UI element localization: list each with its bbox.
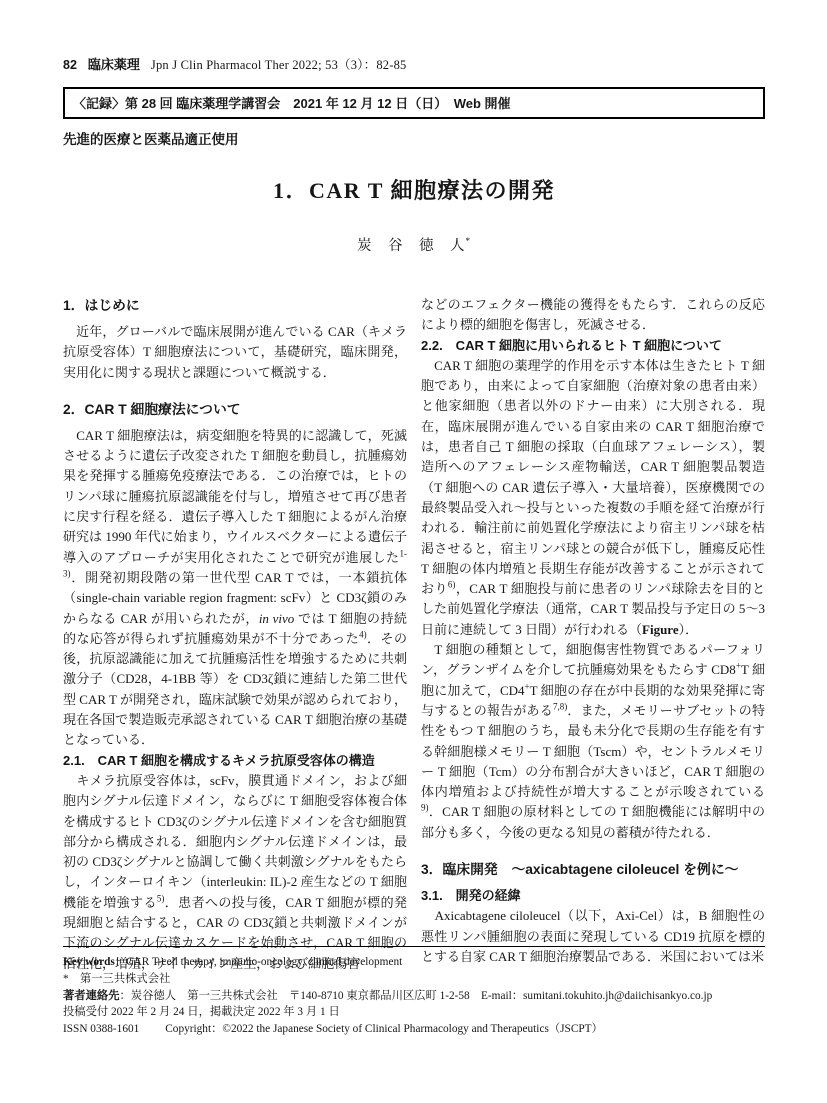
left-column: 1．はじめに 近年，グローバルで臨床展開が進んでいる CAR（キメラ抗原受容体）… bbox=[63, 295, 407, 973]
copyright: Copyright：©2022 the Japanese Society of … bbox=[165, 1023, 603, 1035]
paragraph: などのエフェクター機能の獲得をもたらす．これらの反応により標的細胞を傷害し，死滅… bbox=[421, 295, 765, 336]
author-line: 炭 谷 徳 人* bbox=[63, 234, 765, 255]
contact-label: 著者連絡先 bbox=[63, 990, 120, 1002]
submission-dates: 投稿受付 2022 年 2 月 24 日，掲載決定 2022 年 3 月 1 日 bbox=[63, 1004, 765, 1021]
journal-page: 82 臨床薬理 Jpn J Clin Pharmacol Ther 2022; … bbox=[0, 0, 827, 1103]
author-name: 炭 谷 徳 人 bbox=[357, 238, 466, 254]
page-footer: Key words：CAR T-cell therapy, immuno-onc… bbox=[63, 946, 765, 1038]
article-title: 1．CAR T 細胞療法の開発 bbox=[63, 174, 765, 205]
author-affiliation-mark: * bbox=[466, 236, 472, 246]
series-label: 先進的医療と医薬品適正使用 bbox=[63, 128, 765, 148]
contact-line: 著者連絡先：炭谷徳人 第一三共株式会社 〒140-8710 東京都品川区広町 1… bbox=[63, 988, 765, 1005]
page-content: 82 臨床薬理 Jpn J Clin Pharmacol Ther 2022; … bbox=[0, 0, 827, 973]
paragraph: キメラ抗原受容体は，scFv，膜貫通ドメイン，および細胞内シグナル伝達ドメイン，… bbox=[63, 771, 407, 973]
article-body: 1．はじめに 近年，グローバルで臨床展開が進んでいる CAR（キメラ抗原受容体）… bbox=[63, 295, 765, 973]
record-notice-box: 〈記録〉第 28 回 臨床薬理学講習会 2021 年 12 月 12 日（日） … bbox=[63, 87, 765, 119]
subsection-heading: 2.2. CAR T 細胞に用いられるヒト T 細胞について bbox=[421, 336, 765, 356]
right-column: などのエフェクター機能の獲得をもたらす．これらの反応により標的細胞を傷害し，死滅… bbox=[421, 295, 765, 973]
keywords-line: Key words：CAR T-cell therapy, immuno-onc… bbox=[63, 954, 765, 971]
issn: ISSN 0388-1601 bbox=[63, 1023, 139, 1035]
paragraph: CAR T 細胞の薬理学的作用を示す本体は生きたヒト T 細胞であり，由来によっ… bbox=[421, 356, 765, 640]
affiliation-note: * 第一三共株式会社 bbox=[63, 971, 765, 988]
contact-text: ：炭谷徳人 第一三共株式会社 〒140-8710 東京都品川区広町 1-2-58… bbox=[120, 990, 713, 1002]
keywords-text: ：CAR T-cell therapy, immuno-oncology, cl… bbox=[115, 956, 403, 968]
journal-citation: Jpn J Clin Pharmacol Ther 2022; 53（3）：82… bbox=[151, 55, 407, 73]
subsection-heading: 2.1. CAR T 細胞を構成するキメラ抗原受容体の構造 bbox=[63, 751, 407, 771]
page-number: 82 bbox=[63, 58, 77, 72]
journal-header: 82 臨床薬理 Jpn J Clin Pharmacol Ther 2022; … bbox=[63, 54, 765, 73]
section-heading: 3．臨床開発 ～axicabtagene ciloleucel を例に～ bbox=[421, 860, 765, 880]
issn-copyright-line: ISSN 0388-1601Copyright：©2022 the Japane… bbox=[63, 1021, 765, 1038]
keywords-label: Key words bbox=[63, 956, 115, 968]
subsection-heading: 3.1. 開発の経緯 bbox=[421, 886, 765, 906]
section-heading: 2．CAR T 細胞療法について bbox=[63, 400, 407, 420]
paragraph: CAR T 細胞療法は，病変細胞を特異的に認識して，死滅させるように遺伝子改変さ… bbox=[63, 426, 407, 751]
section-heading: 1．はじめに bbox=[63, 296, 407, 316]
paragraph: 近年，グローバルで臨床展開が進んでいる CAR（キメラ抗原受容体）T 細胞療法に… bbox=[63, 322, 407, 383]
journal-name: 臨床薬理 bbox=[88, 54, 140, 73]
paragraph: T 細胞の種類として，細胞傷害性物質であるパーフォリン，グランザイムを介して抗腫… bbox=[421, 640, 765, 843]
